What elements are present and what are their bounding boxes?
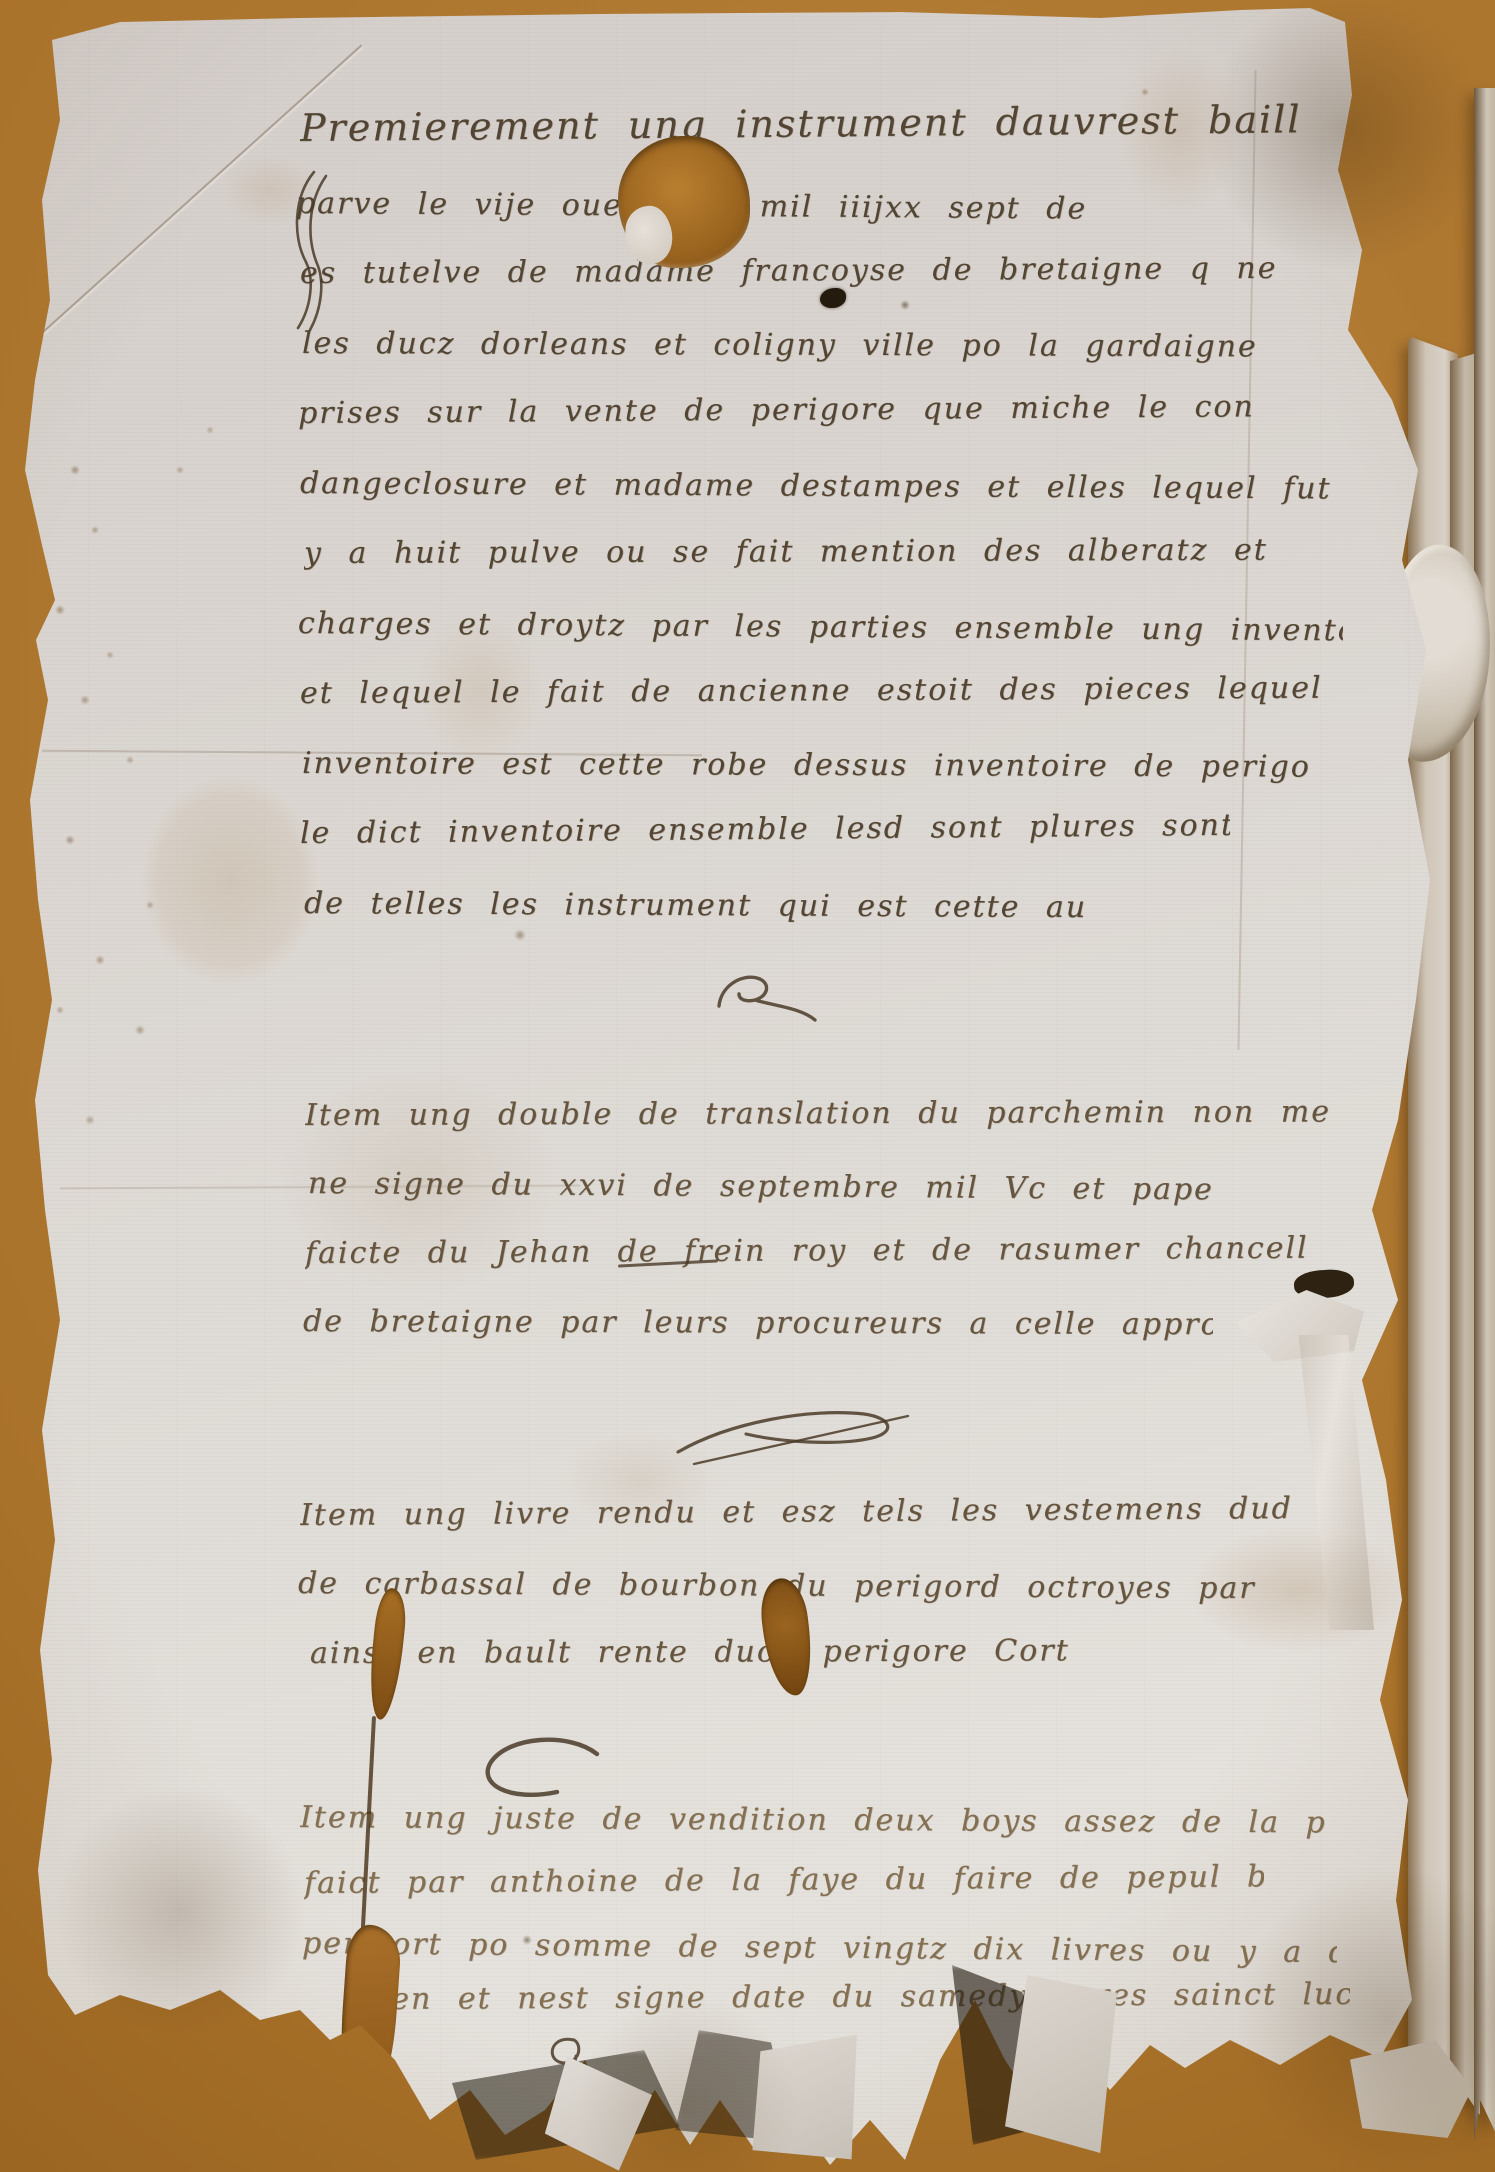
text-line: inventoire est cette robe dessus invento… <box>302 744 1312 787</box>
text-line: den et nest signe date du samedy apres s… <box>370 1975 1350 2019</box>
text-line: Premierement ung instrument dauvrest bai… <box>300 95 1300 153</box>
text-line: es tutelve de madame francoyse de bretai… <box>300 249 1345 293</box>
text-line: de bretaigne par leurs procureurs a cell… <box>303 1302 1213 1344</box>
text-line: dangeclosure et madame destampes et elle… <box>300 464 1335 508</box>
text-line: Item ung double de translation du parche… <box>305 1092 1350 1135</box>
text-line: perigort po somme de sept vingtz dix liv… <box>302 1924 1337 1972</box>
text-line: et lequel le fait de ancienne estoit des… <box>300 669 1330 713</box>
text-line: ne signe du xxvi de septembre mil Vc et … <box>308 1164 1308 1210</box>
text-line: parve le vije ouest fan mil iiijxx sept … <box>296 184 1336 230</box>
text-line: les ducz dorleans et coligny ville po la… <box>302 324 1347 367</box>
ink-blot <box>820 288 846 308</box>
text-line: charges et droytz par les parties ensemb… <box>298 604 1343 650</box>
text-line: le dict inventoire ensemble lesd sont pl… <box>300 806 1230 853</box>
text-line: faicte du Jehan de frein roy et de rasum… <box>305 1229 1350 1273</box>
text-line: Item ung juste de vendition deux boys as… <box>300 1798 1345 1842</box>
text-line: faict par anthoine de la faye du faire d… <box>304 1857 1264 1903</box>
paraph-flourish <box>660 1388 922 1480</box>
section-separator-flourish <box>705 962 825 1034</box>
manuscript-page: Premierement ung instrument dauvrest bai… <box>0 0 1495 2172</box>
text-line: y a huit pulve ou se fait mention des al… <box>304 531 1304 573</box>
text-line: de telles les instrument qui est cette a… <box>304 884 1104 927</box>
page-edge-strip <box>1474 88 1495 2152</box>
text-line: prises sur la vente de perigore que mich… <box>298 387 1288 433</box>
text-line: Item ung livre rendu et esz tels les ves… <box>300 1489 1345 1535</box>
text-line: ainsi en bault rente duch perigore Cort <box>310 1631 1210 1673</box>
worm-hole <box>618 136 750 268</box>
photograph: Premierement ung instrument dauvrest bai… <box>0 0 1495 2172</box>
